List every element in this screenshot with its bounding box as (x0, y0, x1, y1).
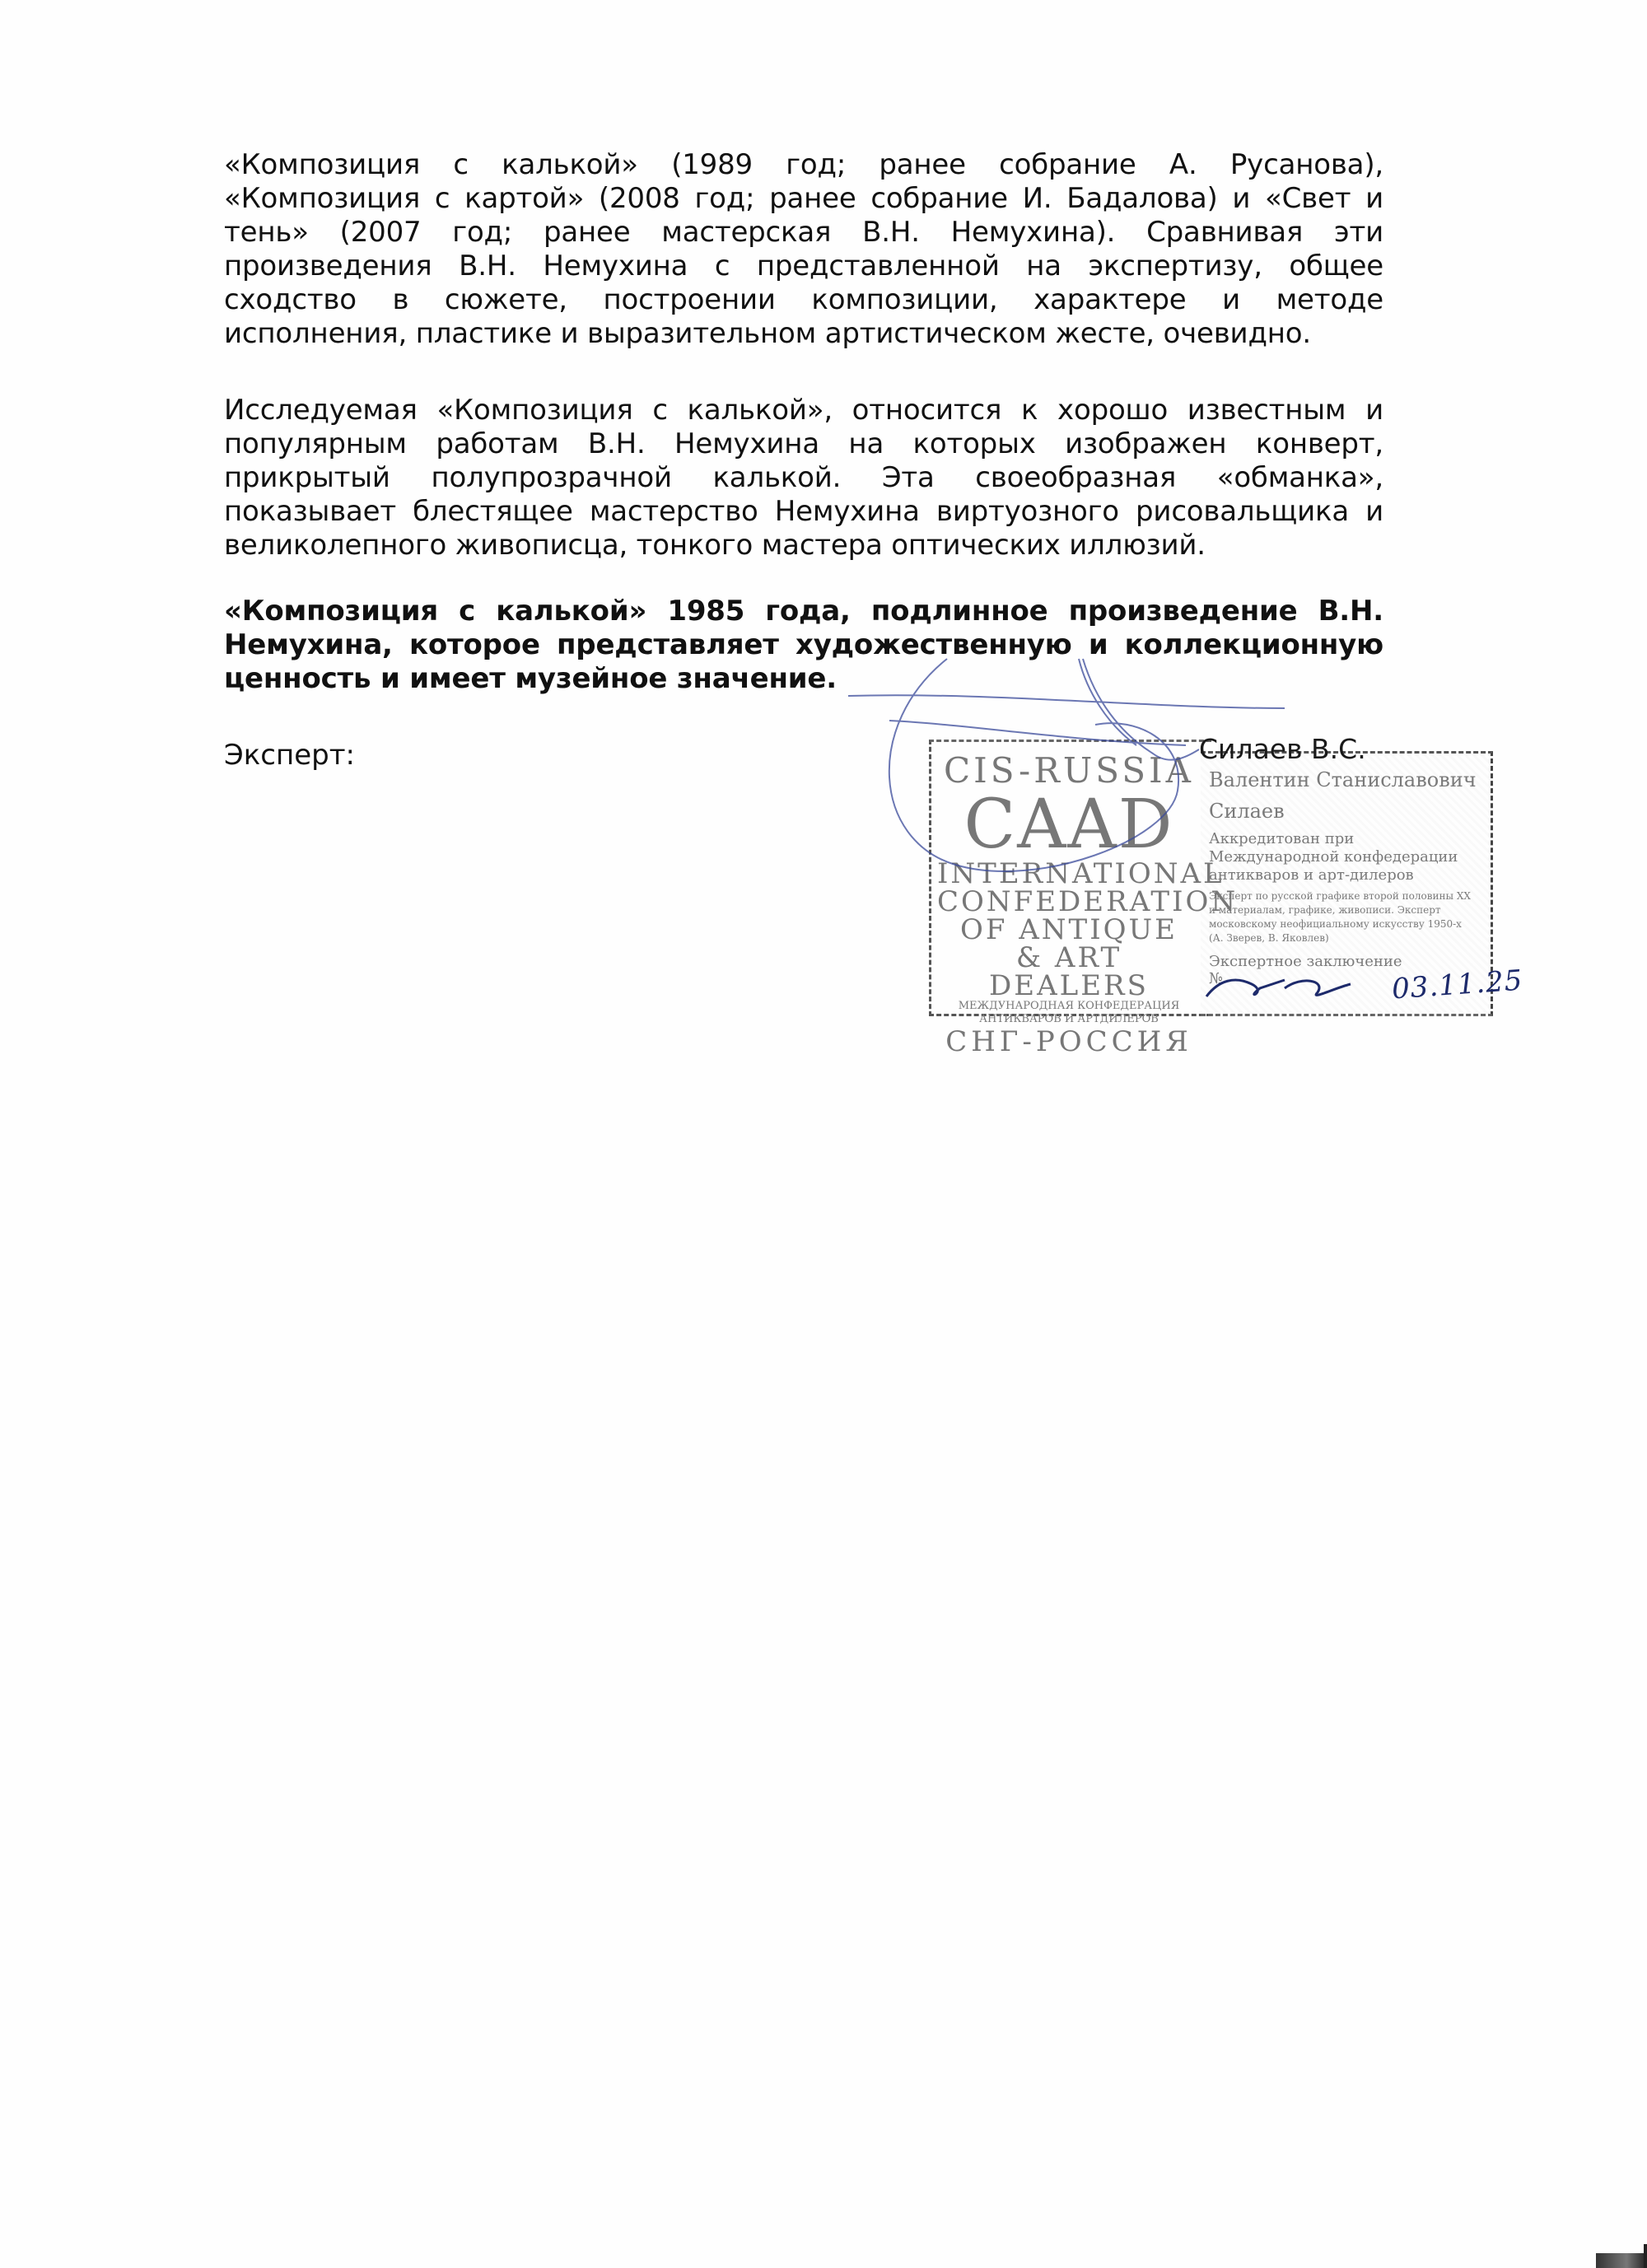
stamp-logo-line: OF ANTIQUE (937, 916, 1201, 944)
paragraph-description: Исследуемая «Композиция с калькой», отно… (224, 394, 1383, 562)
document-page: «Композиция с калькой» (1989 год; ранее … (0, 0, 1647, 2268)
stamp-accreditation: Аккредитован при (1209, 830, 1489, 848)
stamp-logo-line: INTERNATIONAL (937, 860, 1201, 888)
stamp-info: Валентин Станиславович Силаев Аккредитов… (1209, 768, 1489, 988)
stamp-accreditation: Международной конфедерации (1209, 848, 1489, 866)
stamp-specialty: и материалам, графике, живописи. Эксперт (1209, 903, 1489, 917)
stamp-logo-line: CIS-RUSSIA (937, 751, 1201, 791)
stamp-logo-caad: CAAD (937, 791, 1201, 860)
stamp-name-line: Силаев (1209, 799, 1489, 824)
paragraph-conclusion: «Композиция с калькой» 1985 года, подлин… (224, 595, 1383, 696)
stamp-logo-line: СНГ-РОССИЯ (937, 1026, 1201, 1057)
stamp-specialty: Эксперт по русской графике второй полови… (1209, 889, 1489, 903)
stamp-specialty: (А. Зверев, В. Яковлев) (1209, 931, 1489, 945)
scanner-mark (1596, 2253, 1647, 2268)
caad-logo: CIS-RUSSIA CAAD INTERNATIONAL CONFEDERAT… (937, 751, 1201, 1057)
paragraph-comparison: «Композиция с калькой» (1989 год; ранее … (224, 148, 1383, 351)
stamp-name-line: Валентин Станиславович (1209, 768, 1489, 792)
stamp-specialty: московскому неофициальному искусству 195… (1209, 917, 1489, 931)
expert-label: Эксперт: (224, 739, 355, 772)
stamp-accreditation: антикваров и арт-дилеров (1209, 866, 1489, 884)
stamp-logo-line: АНТИКВАРОВ И АРТДИЛЕРОВ (937, 1013, 1201, 1026)
stamp-logo-line: & ART DEALERS (937, 944, 1201, 1000)
stamp-logo-line: МЕЖДУНАРОДНАЯ КОНФЕДЕРАЦИЯ (937, 1000, 1201, 1013)
expert-name: Силаев В.С. (1199, 733, 1366, 766)
scanner-mark-edge (1644, 2244, 1647, 2268)
stamp-registration: Экспертное заключение (1209, 954, 1489, 970)
stamp-logo-line: CONFEDERATION (937, 888, 1201, 916)
